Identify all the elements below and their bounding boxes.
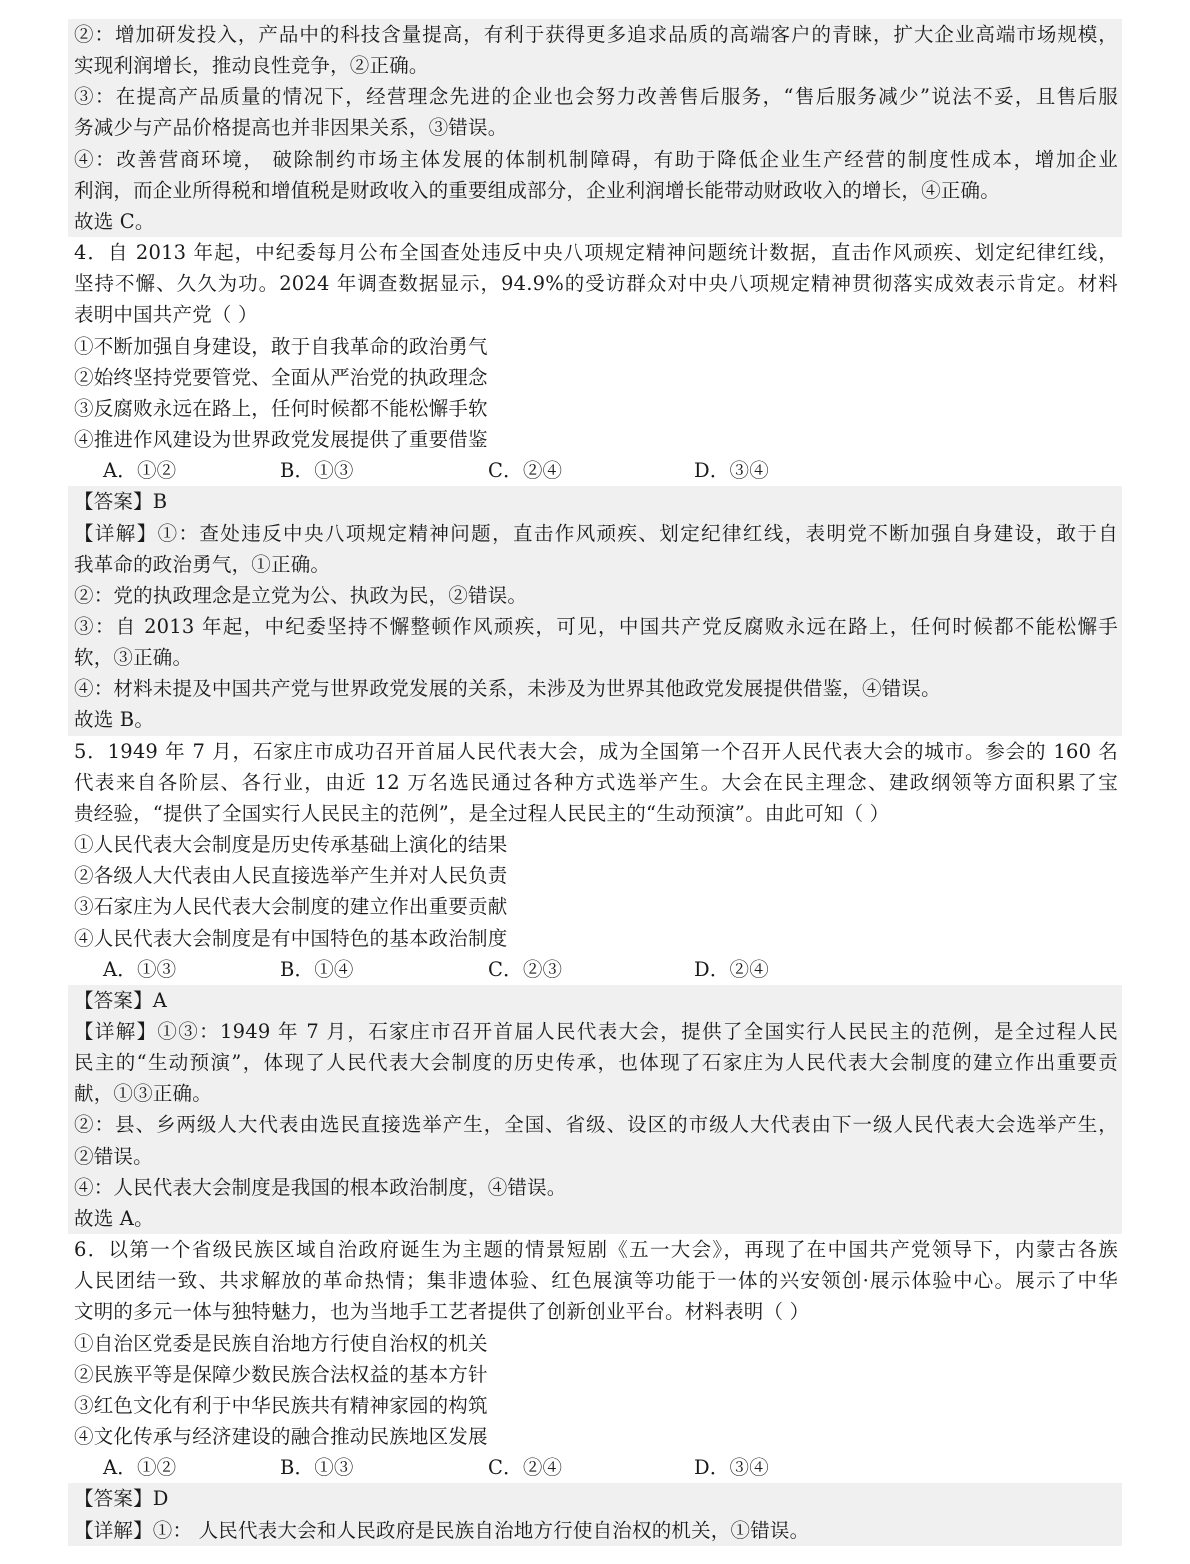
choice-c: C．②④ bbox=[488, 455, 562, 486]
explanation-line: ④：改善营商环境， 破除制约市场主体发展的体制机制障碍，有助于降低企业生产经营的… bbox=[74, 144, 1118, 175]
question-stem-line: 6．以第一个省级民族区域自治政府诞生为主题的情景短剧《五一大会》，再现了在中国共… bbox=[74, 1234, 1118, 1265]
statement-4: ④推进作风建设为世界政党发展提供了重要借鉴 bbox=[74, 424, 1122, 455]
statement-4: ④人民代表大会制度是有中国特色的基本政治制度 bbox=[74, 923, 1122, 954]
choice-d: D．②④ bbox=[694, 954, 769, 985]
explanation-line: ②：增加研发投入，产品中的科技含量提高，有利于获得更多追求品质的高端客户的青睐，… bbox=[74, 19, 1118, 50]
final-choice: 故选 B。 bbox=[74, 704, 1122, 735]
explanation-line: ②：党的执政理念是立党为公、执政为民，②错误。 bbox=[74, 580, 1122, 611]
explanation-line: 【详解】①：查处违反中央八项规定精神问题，直击作风顽疾、划定纪律红线，表明党不断… bbox=[74, 518, 1118, 549]
choice-c: C．②④ bbox=[488, 1452, 562, 1483]
explanation-line: ③：在提高产品质量的情况下，经营理念先进的企业也会努力改善售后服务，“售后服务减… bbox=[74, 81, 1118, 112]
statement-4: ④文化传承与经济建设的融合推动民族地区发展 bbox=[74, 1421, 1122, 1452]
statement-1: ①不断加强自身建设，敢于自我革命的政治勇气 bbox=[74, 331, 1122, 362]
explanation-line: 务减少与产品价格提高也并非因果关系，③错误。 bbox=[74, 112, 1122, 143]
question-stem-line: 代表来自各阶层、各行业，由近 12 万名选民通过各种方式选举产生。大会在民主理念… bbox=[74, 767, 1118, 798]
answer-choices: A．①③ B．①④ C．②③ D．②④ bbox=[74, 954, 1122, 985]
choice-b: B．①③ bbox=[280, 1452, 354, 1483]
choice-c: C．②③ bbox=[488, 954, 562, 985]
question-6-answer-block: 【答案】D 【详解】①： 人民代表大会和人民政府是民族自治地方行使自治权的机关，… bbox=[68, 1483, 1122, 1545]
question-stem-line: 表明中国共产党（ ） bbox=[74, 299, 1122, 330]
statement-2: ②始终坚持党要管党、全面从严治党的执政理念 bbox=[74, 362, 1122, 393]
statement-1: ①自治区党委是民族自治地方行使自治权的机关 bbox=[74, 1328, 1122, 1359]
choice-d: D．③④ bbox=[694, 1452, 769, 1483]
choice-a: A．①② bbox=[103, 1452, 176, 1483]
explanation-line: 我革命的政治勇气，①正确。 bbox=[74, 549, 1122, 580]
final-choice: 故选 C。 bbox=[74, 206, 1122, 237]
question-4-answer-block: 【答案】B 【详解】①：查处违反中央八项规定精神问题，直击作风顽疾、划定纪律红线… bbox=[68, 486, 1122, 735]
question-stem-line: 坚持不懈、久久为功。2024 年调查数据显示，94.9%的受访群众对中央八项规定… bbox=[74, 268, 1118, 299]
question-6: 6．以第一个省级民族区域自治政府诞生为主题的情景短剧《五一大会》，再现了在中国共… bbox=[68, 1234, 1122, 1483]
explanation-line: ②错误。 bbox=[74, 1141, 1122, 1172]
answer-label: 【答案】B bbox=[74, 486, 1122, 517]
q3-explanation-block: ②：增加研发投入，产品中的科技含量提高，有利于获得更多追求品质的高端客户的青睐，… bbox=[68, 19, 1122, 237]
question-stem-line: 人民团结一致、共求解放的革命热情；集非遗体验、红色展演等功能于一体的兴安领创·展… bbox=[74, 1265, 1118, 1296]
explanation-line: 【详解】①： 人民代表大会和人民政府是民族自治地方行使自治权的机关，①错误。 bbox=[74, 1515, 1122, 1546]
document-page: ②：增加研发投入，产品中的科技含量提高，有利于获得更多追求品质的高端客户的青睐，… bbox=[68, 19, 1122, 1546]
statement-1: ①人民代表大会制度是历史传承基础上演化的结果 bbox=[74, 829, 1122, 860]
explanation-line: 献，①③正确。 bbox=[74, 1078, 1122, 1109]
answer-label: 【答案】A bbox=[74, 985, 1122, 1016]
answer-choices: A．①② B．①③ C．②④ D．③④ bbox=[74, 1452, 1122, 1483]
choice-a: A．①③ bbox=[103, 954, 176, 985]
explanation-line: 民主的“生动预演”，体现了人民代表大会制度的历史传承，也体现了石家庄为人民代表大… bbox=[74, 1047, 1118, 1078]
statement-3: ③红色文化有利于中华民族共有精神家园的构筑 bbox=[74, 1390, 1122, 1421]
explanation-line: ②：县、乡两级人大代表由选民直接选举产生，全国、省级、设区的市级人大代表由下一级… bbox=[74, 1109, 1118, 1140]
question-stem-line: 贵经验，“提供了全国实行人民民主的范例”，是全过程人民民主的“生动预演”。由此可… bbox=[74, 798, 1122, 829]
choice-b: B．①④ bbox=[280, 954, 354, 985]
statement-2: ②各级人大代表由人民直接选举产生并对人民负责 bbox=[74, 860, 1122, 891]
explanation-line: 【详解】①③：1949 年 7 月，石家庄市召开首届人民代表大会，提供了全国实行… bbox=[74, 1016, 1118, 1047]
explanation-line: ④：材料未提及中国共产党与世界政党发展的关系，未涉及为世界其他政党发展提供借鉴，… bbox=[74, 673, 1122, 704]
question-stem-line: 文明的多元一体与独特魅力，也为当地手工艺者提供了创新创业平台。材料表明（ ） bbox=[74, 1296, 1122, 1327]
final-choice: 故选 A。 bbox=[74, 1203, 1122, 1234]
answer-choices: A．①② B．①③ C．②④ D．③④ bbox=[74, 455, 1122, 486]
explanation-line: 利润，而企业所得税和增值税是财政收入的重要组成部分，企业利润增长能带动财政收入的… bbox=[74, 175, 1122, 206]
question-4: 4．自 2013 年起，中纪委每月公布全国查处违反中央八项规定精神问题统计数据，… bbox=[68, 237, 1122, 486]
choice-d: D．③④ bbox=[694, 455, 769, 486]
question-stem-line: 5．1949 年 7 月，石家庄市成功召开首届人民代表大会，成为全国第一个召开人… bbox=[74, 736, 1118, 767]
answer-label: 【答案】D bbox=[74, 1483, 1122, 1514]
question-stem-line: 4．自 2013 年起，中纪委每月公布全国查处违反中央八项规定精神问题统计数据，… bbox=[74, 237, 1118, 268]
statement-3: ③反腐败永远在路上，任何时候都不能松懈手软 bbox=[74, 393, 1122, 424]
question-5: 5．1949 年 7 月，石家庄市成功召开首届人民代表大会，成为全国第一个召开人… bbox=[68, 736, 1122, 985]
statement-2: ②民族平等是保障少数民族合法权益的基本方针 bbox=[74, 1359, 1122, 1390]
explanation-line: ④：人民代表大会制度是我国的根本政治制度，④错误。 bbox=[74, 1172, 1122, 1203]
explanation-line: 软，③正确。 bbox=[74, 642, 1122, 673]
question-5-answer-block: 【答案】A 【详解】①③：1949 年 7 月，石家庄市召开首届人民代表大会，提… bbox=[68, 985, 1122, 1234]
choice-b: B．①③ bbox=[280, 455, 354, 486]
explanation-line: 实现利润增长，推动良性竞争，②正确。 bbox=[74, 50, 1122, 81]
statement-3: ③石家庄为人民代表大会制度的建立作出重要贡献 bbox=[74, 891, 1122, 922]
choice-a: A．①② bbox=[103, 455, 176, 486]
explanation-line: ③：自 2013 年起，中纪委坚持不懈整顿作风顽疾，可见，中国共产党反腐败永远在… bbox=[74, 611, 1118, 642]
